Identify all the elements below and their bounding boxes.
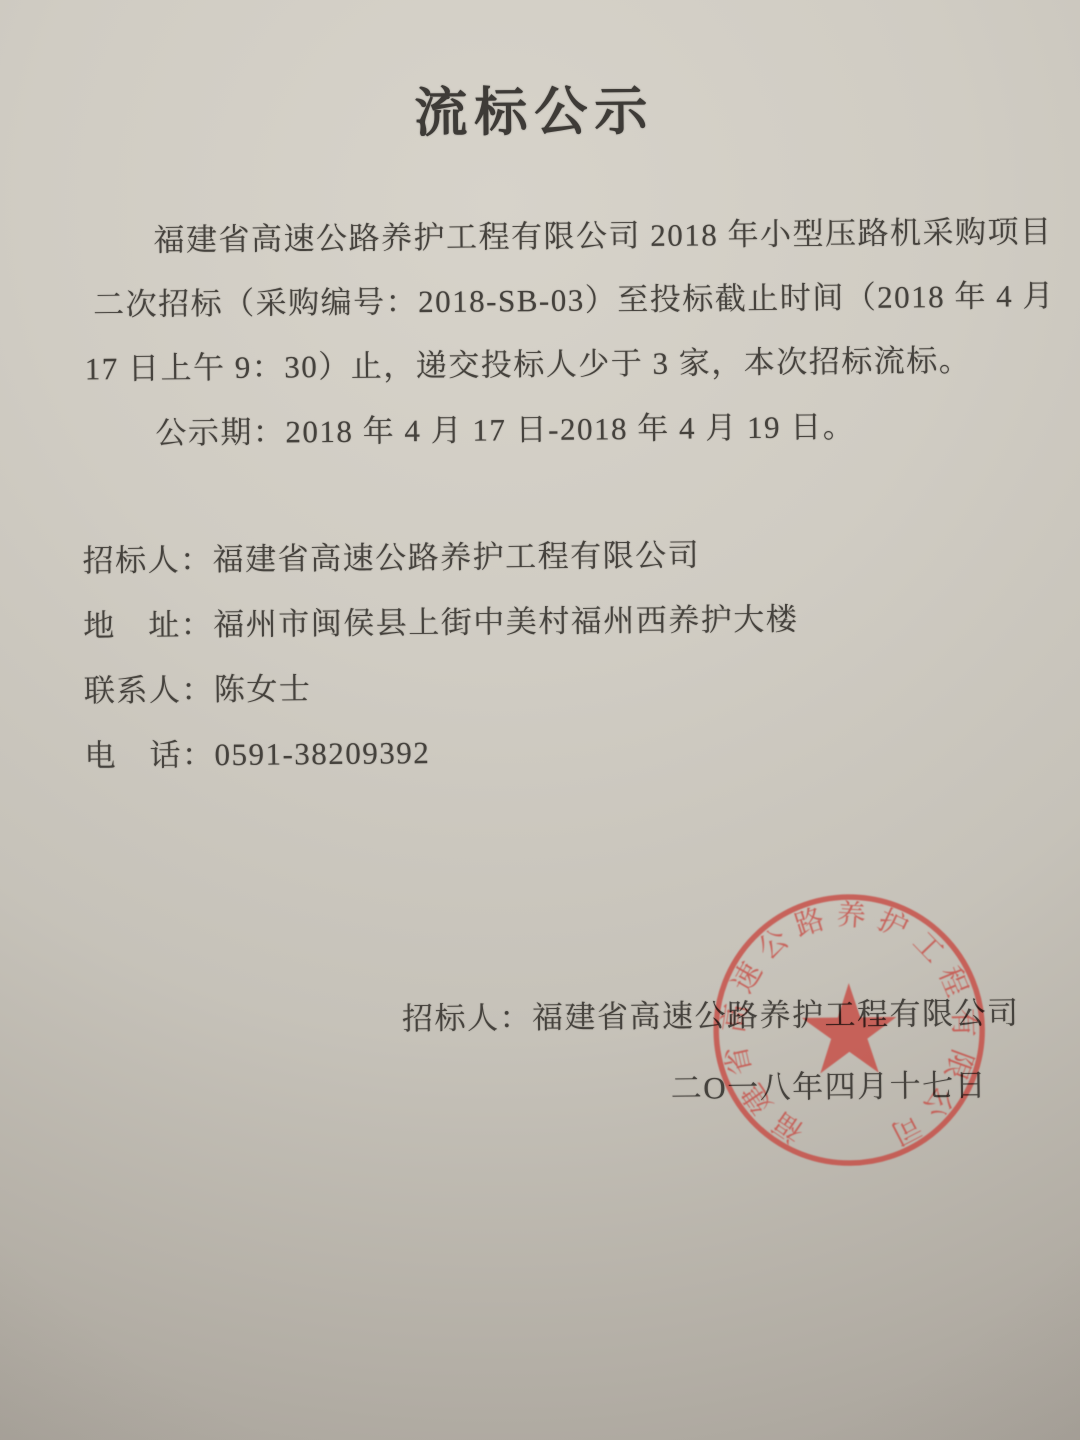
page-title: 流标公示 [0,65,1075,151]
contact-person-line: 联系人：陈女士 [84,663,312,710]
company-seal-stamp: 福建省高速公路养护工程有限公司 [702,883,997,1178]
seal-graphic: 福建省高速公路养护工程有限公司 [702,883,997,1178]
contact-address-line: 地 址：福州市闽侯县上街中美村福州西养护大楼 [83,594,798,646]
body-line: 二次招标（采购编号：2018-SB-03）至投标截止时间（2018 年 4 月 [93,270,1055,324]
body-line: 福建省高速公路养护工程有限公司 2018 年小型压路机采购项目 [153,206,1052,260]
contact-phone-line: 电 话：0591-38209392 [84,727,430,775]
publicity-period-line: 公示期：2018 年 4 月 17 日-2018 年 4 月 19 日。 [155,401,855,453]
seal-star [801,983,897,1074]
document-page: 流标公示 福建省高速公路养护工程有限公司 2018 年小型压路机采购项目 二次招… [0,0,1080,1440]
body-line: 17 日上午 9：30）止，递交投标人少于 3 家，本次招标流标。 [85,335,972,389]
contact-bidder-line: 招标人：福建省高速公路养护工程有限公司 [82,529,700,580]
